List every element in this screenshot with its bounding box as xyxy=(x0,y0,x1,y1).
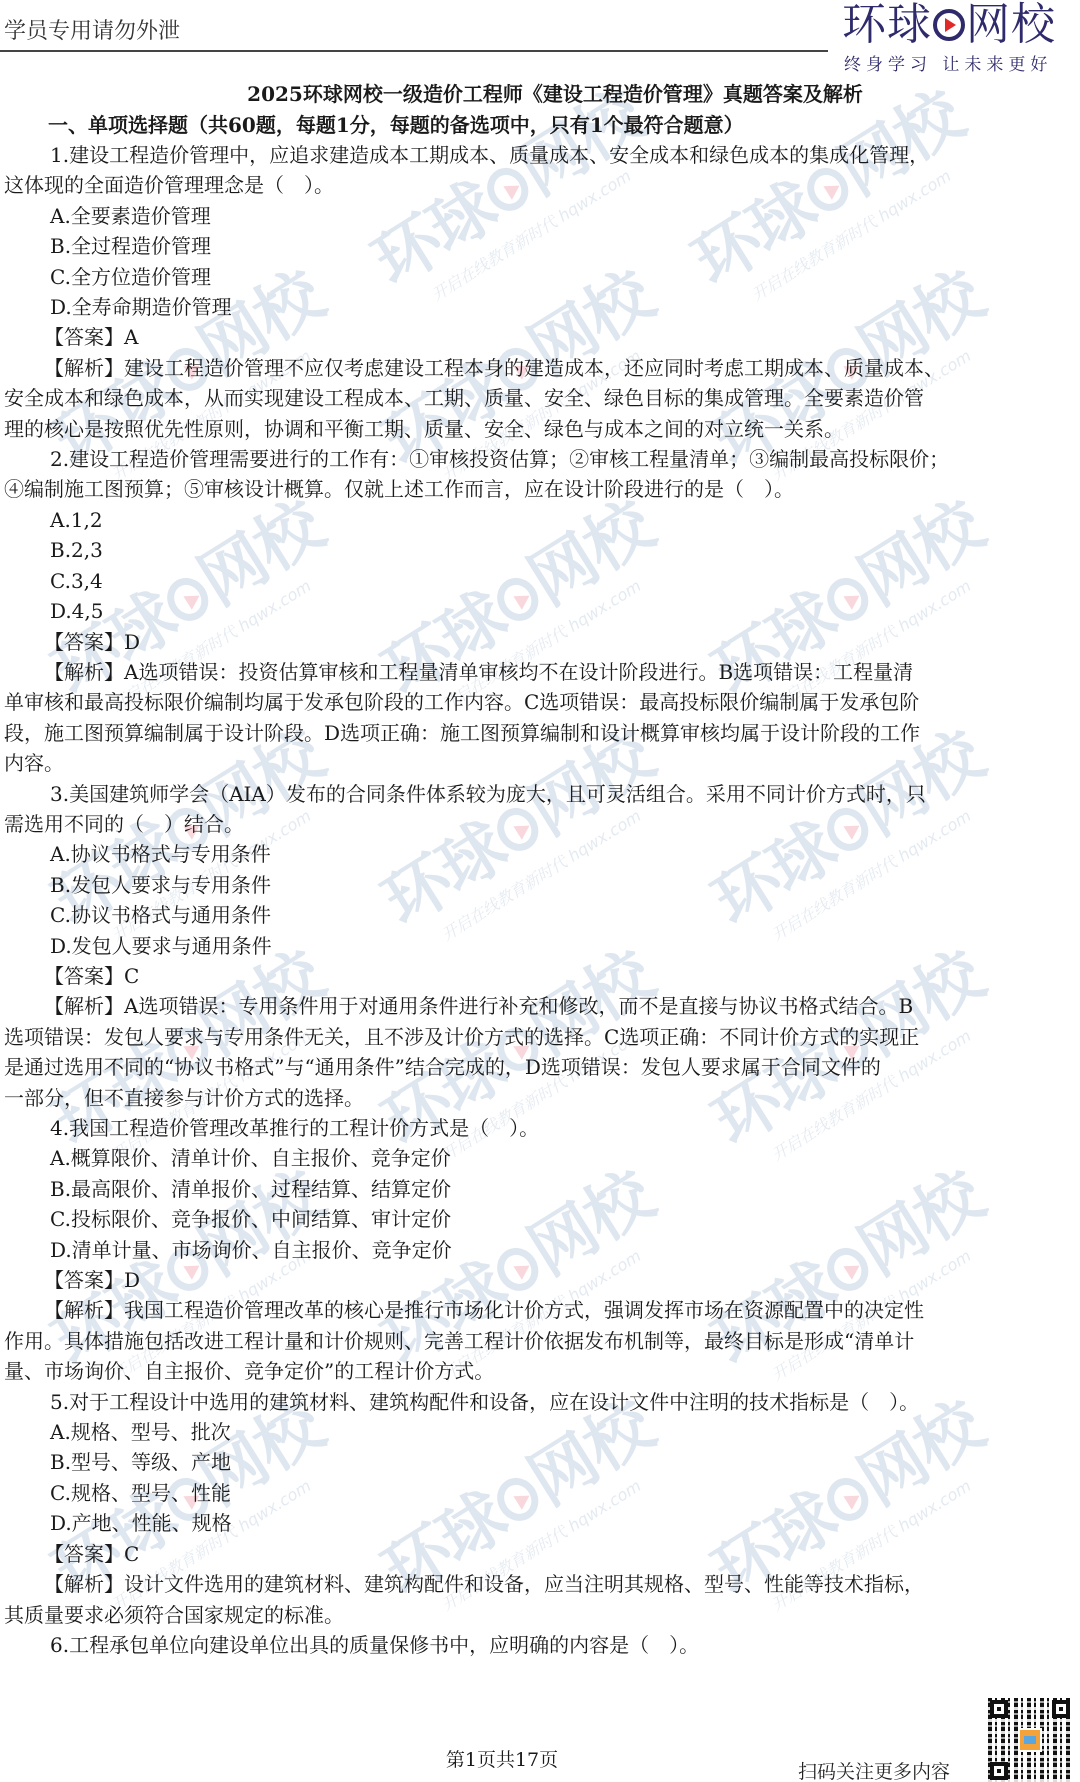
qr-code-icon[interactable] xyxy=(988,1698,1072,1782)
document-title: 2025环球网校一级造价工程师《建设工程造价管理》真题答案及解析 xyxy=(30,78,1080,110)
answer: 【答案】C xyxy=(0,961,1080,991)
option-b: B.最高限价、清单报价、过程结算、结算定价 xyxy=(0,1174,1080,1204)
question-stem: 需选用不同的（ ）结合。 xyxy=(0,809,1080,839)
option-c: C.协议书格式与通用条件 xyxy=(0,900,1080,930)
scan-prompt: 扫码关注更多内容 xyxy=(798,1757,950,1782)
question-1: 1.建设工程造价管理中，应追求建造成本工期成本、质量成本、安全成本和绿色成本的集… xyxy=(0,140,1080,444)
explanation: 安全成本和绿色成本，从而实现建设工程成本、工期、质量、安全、绿色目标的集成管理。… xyxy=(0,383,1080,413)
explanation: 内容。 xyxy=(0,748,1080,778)
option-d: D.发包人要求与通用条件 xyxy=(0,931,1080,961)
explanation: 一部分，但不直接参与计价方式的选择。 xyxy=(0,1083,1080,1113)
option-a: A.规格、型号、批次 xyxy=(0,1417,1080,1447)
section-heading: 一、单项选择题（共60题，每题1分，每题的备选项中，只有1个最符合题意） xyxy=(0,110,1080,140)
confidential-notice: 学员专用请勿外泄 xyxy=(4,14,180,45)
question-3: 3.美国建筑师学会（AIA）发布的合同条件体系较为庞大，且可灵活组合。采用不同计… xyxy=(0,779,1080,1113)
page-header: 学员专用请勿外泄 环球网校 终身学习 让未来更好 xyxy=(0,0,1080,80)
explanation: 【解析】建设工程造价管理不应仅考虑建设工程本身的建造成本，还应同时考虑工期成本、… xyxy=(0,353,1080,383)
option-a: A.全要素造价管理 xyxy=(0,201,1080,231)
question-5: 5.对于工程设计中选用的建筑材料、建筑构配件和设备，应在设计文件中注明的技术指标… xyxy=(0,1387,1080,1630)
explanation: 【解析】我国工程造价管理改革的核心是推行市场化计价方式，强调发挥市场在资源配置中… xyxy=(0,1295,1080,1325)
question-6: 6.工程承包单位向建设单位出具的质量保修书中，应明确的内容是（ ）。 xyxy=(0,1630,1080,1660)
explanation: 是通过选用不同的“协议书格式”与“通用条件”结合完成的，D选项错误：发包人要求属… xyxy=(0,1052,1080,1082)
question-stem: 3.美国建筑师学会（AIA）发布的合同条件体系较为庞大，且可灵活组合。采用不同计… xyxy=(0,779,1080,809)
document-body: 2025环球网校一级造价工程师《建设工程造价管理》真题答案及解析 一、单项选择题… xyxy=(0,78,1080,1660)
question-stem: 这体现的全面造价管理理念是（ ）。 xyxy=(0,170,1080,200)
explanation: 单审核和最高投标限价编制均属于发承包阶段的工作内容。C选项错误：最高投标限价编制… xyxy=(0,687,1080,717)
option-b: B.发包人要求与专用条件 xyxy=(0,870,1080,900)
option-c: C.3,4 xyxy=(0,566,1080,596)
logo-slogan: 终身学习 让未来更好 xyxy=(844,50,1078,75)
option-c: C.全方位造价管理 xyxy=(0,262,1080,292)
question-4: 4.我国工程造价管理改革推行的工程计价方式是（ ）。 A.概算限价、清单计价、自… xyxy=(0,1113,1080,1387)
answer: 【答案】D xyxy=(0,1265,1080,1295)
explanation: 【解析】设计文件选用的建筑材料、建筑构配件和设备，应当注明其规格、型号、性能等技… xyxy=(0,1569,1080,1599)
explanation: 选项错误：发包人要求与专用条件无关，且不涉及计价方式的选择。C选项正确：不同计价… xyxy=(0,1022,1080,1052)
brand-logo: 环球网校 终身学习 让未来更好 xyxy=(842,0,1078,78)
explanation: 作用。具体措施包括改进工程计量和计价规则、完善工程计价依据发布机制等，最终目标是… xyxy=(0,1326,1080,1356)
option-c: C.规格、型号、性能 xyxy=(0,1478,1080,1508)
explanation: 【解析】A选项错误：投资估算审核和工程量清单审核均不在设计阶段进行。B选项错误：… xyxy=(0,657,1080,687)
explanation: 理的核心是按照优先性原则，协调和平衡工期、质量、安全、绿色与成本之间的对立统一关… xyxy=(0,414,1080,444)
question-stem: ④编制施工图预算；⑤审核设计概算。仅就上述工作而言，应在设计阶段进行的是（ ）。 xyxy=(0,474,1080,504)
option-a: A.协议书格式与专用条件 xyxy=(0,839,1080,869)
option-d: D.清单计量、市场询价、自主报价、竞争定价 xyxy=(0,1235,1080,1265)
option-d: D.产地、性能、规格 xyxy=(0,1508,1080,1538)
explanation: 段，施工图预算编制属于设计阶段。D选项正确：施工图预算编制和设计概算审核均属于设… xyxy=(0,718,1080,748)
option-b: B.2,3 xyxy=(0,535,1080,565)
question-stem: 6.工程承包单位向建设单位出具的质量保修书中，应明确的内容是（ ）。 xyxy=(0,1630,1080,1660)
logo-text-left: 环球 xyxy=(842,0,932,50)
option-d: D.4,5 xyxy=(0,596,1080,626)
question-2: 2.建设工程造价管理需要进行的工作有：①审核投资估算；②审核工程量清单；③编制最… xyxy=(0,444,1080,778)
option-c: C.投标限价、竞争报价、中间结算、审计定价 xyxy=(0,1204,1080,1234)
answer: 【答案】A xyxy=(0,322,1080,352)
option-a: A.1,2 xyxy=(0,505,1080,535)
option-b: B.型号、等级、产地 xyxy=(0,1447,1080,1477)
header-rule xyxy=(0,50,828,52)
option-b: B.全过程造价管理 xyxy=(0,231,1080,261)
question-stem: 2.建设工程造价管理需要进行的工作有：①审核投资估算；②审核工程量清单；③编制最… xyxy=(0,444,1080,474)
logo-text-right: 网校 xyxy=(966,0,1056,50)
play-circle-icon xyxy=(933,9,965,41)
question-stem: 1.建设工程造价管理中，应追求建造成本工期成本、质量成本、安全成本和绿色成本的集… xyxy=(0,140,1080,170)
answer: 【答案】C xyxy=(0,1539,1080,1569)
question-stem: 5.对于工程设计中选用的建筑材料、建筑构配件和设备，应在设计文件中注明的技术指标… xyxy=(0,1387,1080,1417)
option-a: A.概算限价、清单计价、自主报价、竞争定价 xyxy=(0,1143,1080,1173)
explanation: 其质量要求必须符合国家规定的标准。 xyxy=(0,1600,1080,1630)
explanation: 【解析】A选项错误：专用条件用于对通用条件进行补充和修改，而不是直接与协议书格式… xyxy=(0,991,1080,1021)
explanation: 量、市场询价、自主报价、竞争定价”的工程计价方式。 xyxy=(0,1356,1080,1386)
option-d: D.全寿命期造价管理 xyxy=(0,292,1080,322)
question-stem: 4.我国工程造价管理改革推行的工程计价方式是（ ）。 xyxy=(0,1113,1080,1143)
answer: 【答案】D xyxy=(0,627,1080,657)
